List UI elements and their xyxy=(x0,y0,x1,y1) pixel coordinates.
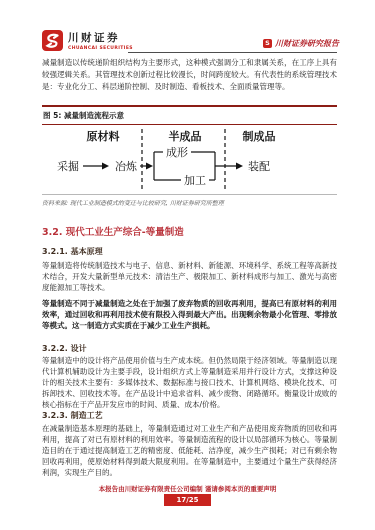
paragraph-3-2-2: 等量制造中的设计将产品使用价值与生产成本统。但仍然局限于经济领域。等量制造以现代… xyxy=(42,355,337,410)
subsection-heading-3-2-1: 3.2.1. 基本原理 xyxy=(42,246,337,257)
node-smelting: 冶炼 xyxy=(115,159,138,173)
arrow-1 xyxy=(102,163,109,170)
brand-text: 川财证券 CHUANCAI SECURITIES xyxy=(68,30,133,51)
report-page: 川财证券 CHUANCAI SECURITIES S 川财证券研究报告 减量制造… xyxy=(0,0,375,530)
stage-finished: 制成品 xyxy=(243,129,276,143)
subsection-heading-3-2-2: 3.2.2. 设计 xyxy=(42,343,337,354)
footer-disclaimer: 本报告由川财证券有限责任公司编制 谨请参阅本页的重要声明 xyxy=(0,484,375,493)
section-heading-3-2: 3.2. 现代工业生产综合-等量制造 xyxy=(42,224,337,238)
node-assembly: 装配 xyxy=(248,159,270,173)
arrow-2 xyxy=(146,163,153,170)
header-divider xyxy=(128,52,337,53)
paragraph-3-2-3: 在减量制造基本原理的基础上，等量制造通过对工业生产和产品使用废弃物质的回收和再利… xyxy=(42,423,337,478)
figure-5: 图 5: 减量制造流程示意 原材料 半成品 制成品 采掘 冶炼 成形 加工 xyxy=(42,105,337,207)
report-badge-icon: S xyxy=(263,39,272,48)
report-series-label: S 川财证券研究报告 xyxy=(263,38,339,49)
node-machining: 加工 xyxy=(184,173,206,187)
figure-source: 资料来源: 现代工业制造模式的变迁与比较研究, 川财证券研究所整理 xyxy=(42,195,337,207)
intro-paragraph: 减量制造以传统递阶组织结构为主要形式，这种模式强调分工和隶属关系，在工序上具有较… xyxy=(42,57,337,94)
process-flow-diagram: 原材料 半成品 制成品 采掘 冶炼 成形 加工 装配 xyxy=(42,127,337,193)
figure-title: 图 5: 减量制造流程示意 xyxy=(42,105,337,125)
brand-name-en: CHUANCAI SECURITIES xyxy=(68,46,133,51)
brand-logo-icon xyxy=(42,30,63,51)
node-mining: 采掘 xyxy=(57,159,79,173)
stage-raw-materials: 原材料 xyxy=(87,129,120,143)
paragraph-3-2-1-a: 等量制造将传统制造技术与电子、信息、新材料、新能源、环境科学、系统工程等高新技术… xyxy=(42,260,337,293)
page-number-badge: 17/25 xyxy=(164,494,211,506)
subsection-heading-3-2-3: 3.2.3. 制造工艺 xyxy=(42,410,337,421)
brand-logo: 川财证券 CHUANCAI SECURITIES xyxy=(42,30,133,51)
brand-name-cn: 川财证券 xyxy=(68,32,133,44)
paragraph-3-2-1-b: 等量制造不同于减量制造之处在于加强了废弃物质的回收再利用，提高已有原材料的利用效… xyxy=(42,298,337,331)
report-series-text: 川财证券研究报告 xyxy=(275,38,339,49)
arrow-3 xyxy=(236,163,243,170)
page-header: 川财证券 CHUANCAI SECURITIES S 川财证券研究报告 xyxy=(42,30,339,53)
node-forming: 成形 xyxy=(166,145,188,159)
stage-semi-finished: 半成品 xyxy=(169,129,202,143)
